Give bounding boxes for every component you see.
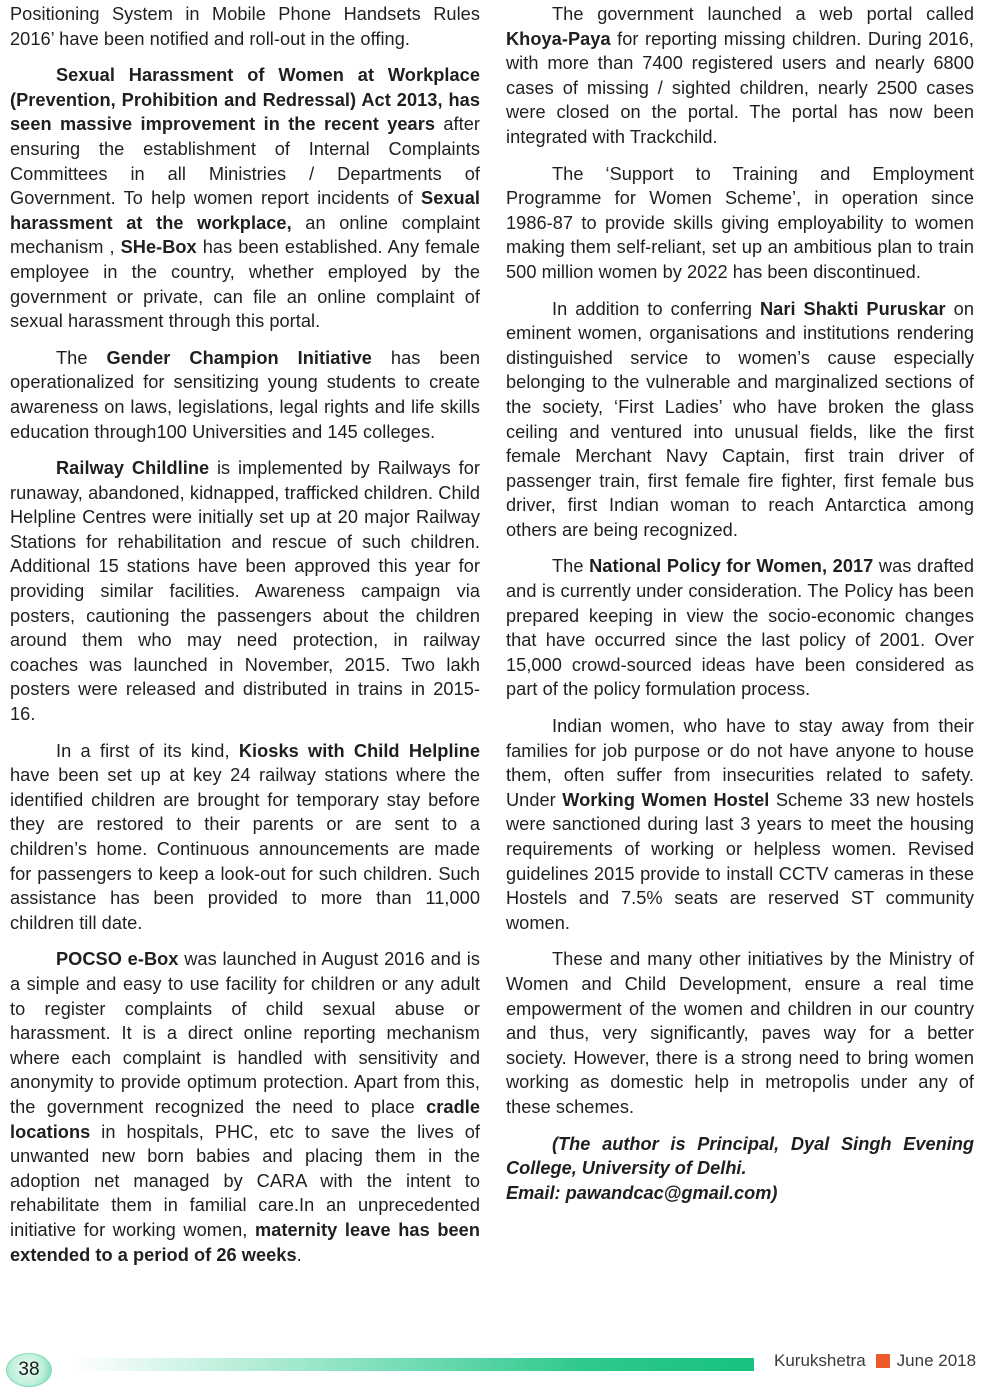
paragraph-text: is implemented by Railways for runaway, … [10, 458, 480, 724]
bold-text: SHe-Box [121, 237, 197, 257]
issue-date: June 2018 [897, 1351, 976, 1371]
left-column: Positioning System in Mobile Phone Hands… [10, 2, 480, 1279]
paragraph-text: These and many other initiatives by the … [506, 949, 974, 1117]
paragraph-text: have been set up at key 24 railway stati… [10, 765, 480, 933]
paragraph-step-scheme: The ‘Support to Training and Employment … [506, 162, 974, 285]
author-credit: (The author is Principal, Dyal Singh Eve… [506, 1132, 974, 1181]
paragraph-text: In a first of its kind, [56, 741, 239, 761]
bold-text: Gender Champion Initiative [106, 348, 372, 368]
paragraph-gps-rules: Positioning System in Mobile Phone Hands… [10, 2, 480, 51]
paragraph-text: on eminent women, organisations and inst… [506, 299, 974, 540]
bold-text: POCSO e-Box [56, 949, 178, 969]
bold-text: Kiosks with Child Helpline [239, 741, 480, 761]
paragraph-text: In addition to conferring [552, 299, 760, 319]
paragraph-text: The [552, 556, 589, 576]
magazine-name: Kurukshetra [774, 1351, 866, 1371]
bold-text: Working Women Hostel [562, 790, 769, 810]
paragraph-kiosks: In a first of its kind, Kiosks with Chil… [10, 739, 480, 936]
bold-text: Nari Shakti Puruskar [760, 299, 946, 319]
paragraph-text: was launched in August 2016 and is a sim… [10, 949, 480, 1117]
paragraph-sexual-harassment-act: Sexual Harassment of Women at Workplace … [10, 63, 480, 334]
right-column: The government launched a web portal cal… [506, 2, 974, 1205]
paragraph-text: was drafted and is currently under consi… [506, 556, 974, 699]
footer-gradient-bar [70, 1358, 754, 1371]
paragraph-nari-shakti: In addition to conferring Nari Shakti Pu… [506, 297, 974, 543]
paragraph-text: The [56, 348, 106, 368]
page-number-badge: 38 [6, 1353, 52, 1387]
paragraph-text: Scheme 33 new hostels were sanctioned du… [506, 790, 974, 933]
paragraph-conclusion: These and many other initiatives by the … [506, 947, 974, 1119]
bold-text: Khoya-Paya [506, 29, 611, 49]
paragraph-gender-champion: The Gender Champion Initiative has been … [10, 346, 480, 444]
masthead: Kurukshetra June 2018 [774, 1351, 976, 1371]
paragraph-railway-childline: Railway Childline is implemented by Rail… [10, 456, 480, 727]
square-separator-icon [876, 1354, 890, 1368]
paragraph-khoya-paya: The government launched a web portal cal… [506, 2, 974, 150]
paragraph-text: The ‘Support to Training and Employment … [506, 164, 974, 282]
paragraph-text: Positioning System in Mobile Phone Hands… [10, 4, 480, 49]
paragraph-pocso-ebox: POCSO e-Box was launched in August 2016 … [10, 947, 480, 1267]
author-email: Email: pawandcac@gmail.com) [506, 1181, 974, 1206]
page-footer: 38 Kurukshetra June 2018 [0, 1345, 1000, 1391]
page-number: 38 [18, 1359, 39, 1381]
bold-text: Railway Childline [56, 458, 209, 478]
paragraph-national-policy: The National Policy for Women, 2017 was … [506, 554, 974, 702]
paragraph-text: The government launched a web portal cal… [552, 4, 974, 24]
bold-text: Sexual Harassment of Women at Workplace … [10, 65, 480, 134]
paragraph-text: . [297, 1245, 302, 1265]
author-byline: (The author is Principal, Dyal Singh Eve… [506, 1132, 974, 1206]
bold-text: National Policy for Women, 2017 [589, 556, 873, 576]
paragraph-working-women-hostel: Indian women, who have to stay away from… [506, 714, 974, 935]
